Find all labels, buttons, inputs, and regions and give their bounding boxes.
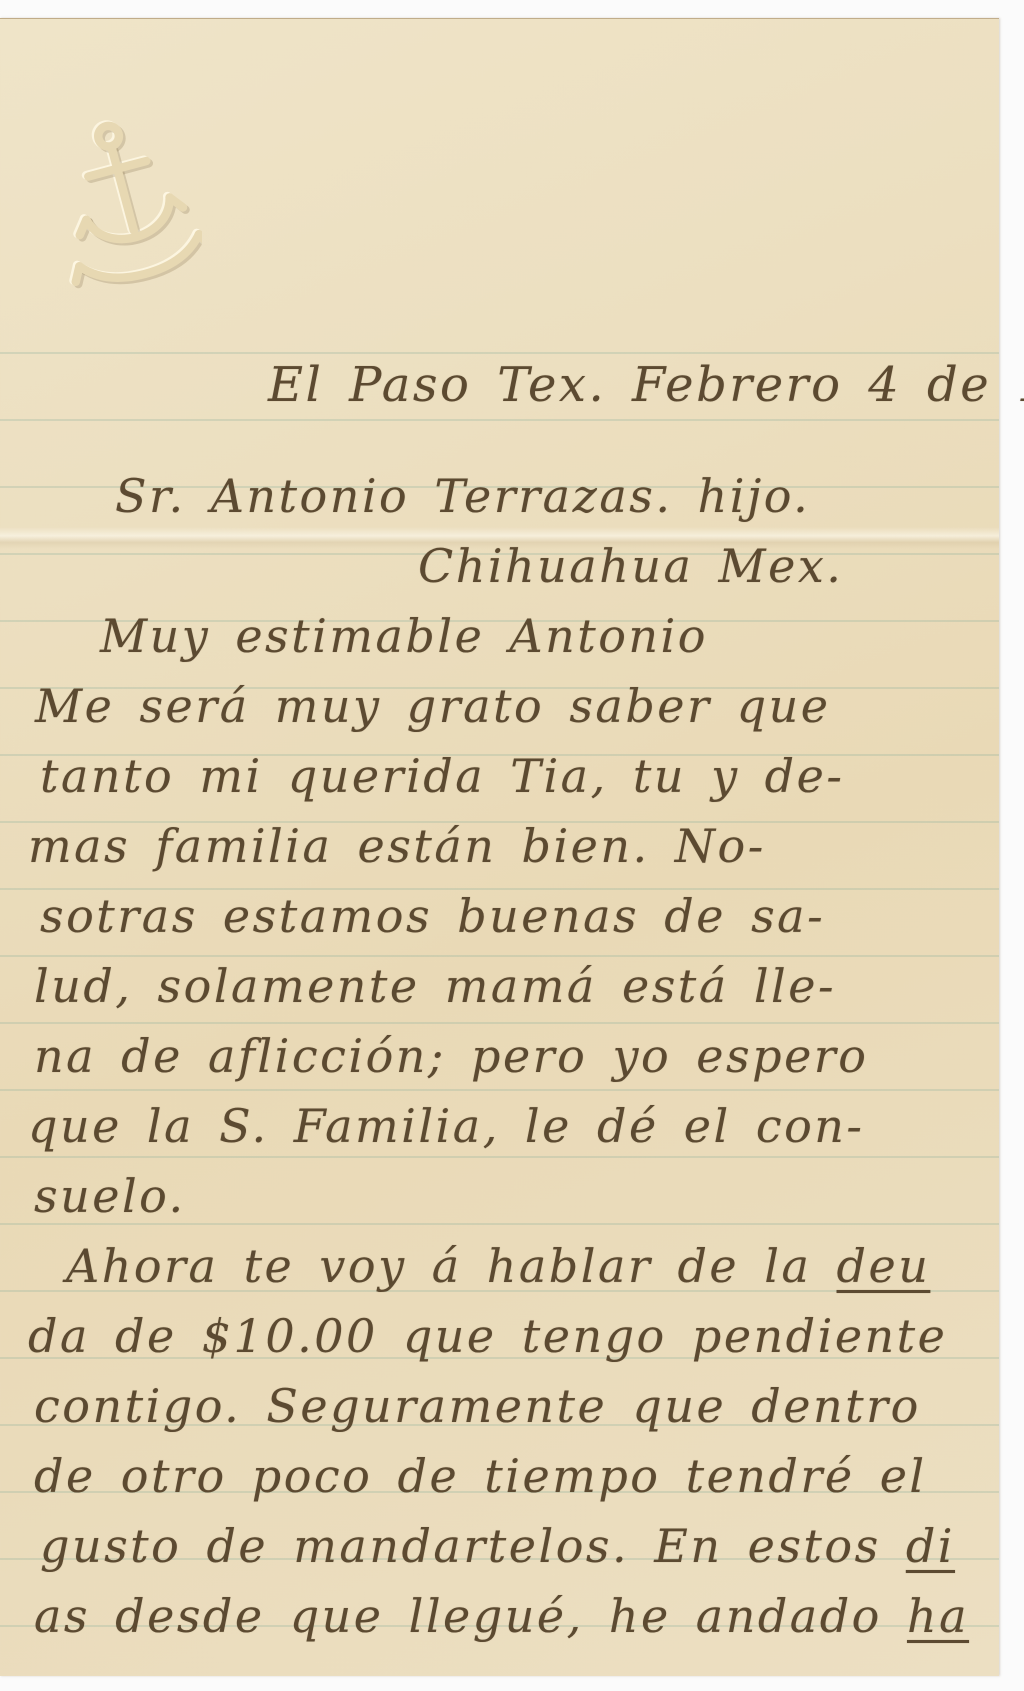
letter-line-text: lud, solamente mamá está lle- bbox=[34, 959, 836, 1013]
letter-line-text: que la S. Familia, le dé el con- bbox=[28, 1099, 864, 1153]
letter-line-text: suelo. bbox=[34, 1169, 186, 1223]
letter-line-text: na de aflicción; pero yo espero bbox=[34, 1029, 868, 1083]
letter-line: tanto mi querida Tia, tu y de- bbox=[0, 749, 999, 819]
letter-line: mas familia están bien. No- bbox=[0, 819, 999, 889]
letter-line: Sr. Antonio Terrazas. hijo. bbox=[0, 469, 999, 539]
letter-line-text: mas familia están bien. No- bbox=[28, 819, 766, 873]
letter-line-text: gusto de mandartelos. En estos bbox=[40, 1519, 906, 1573]
letter-line: as desde que llegué, he andado ha bbox=[0, 1589, 999, 1659]
letter-line: na de aflicción; pero yo espero bbox=[0, 1029, 999, 1099]
scanned-letter-page: El Paso Tex. Febrero 4 de 1901 Sr. Anton… bbox=[0, 0, 1024, 1691]
letter-line: Muy estimable Antonio bbox=[0, 609, 999, 679]
letter-line: suelo. bbox=[0, 1169, 999, 1239]
letter-line: contigo. Seguramente que dentro bbox=[0, 1379, 999, 1449]
letter-line-text: tanto mi querida Tia, tu y de- bbox=[40, 749, 844, 803]
continuation-underline: deu bbox=[837, 1239, 931, 1293]
letter-line-text: de otro poco de tiempo tendré el bbox=[34, 1449, 927, 1503]
date-line: El Paso Tex. Febrero 4 de 1901 bbox=[268, 357, 1024, 413]
continuation-underline: di bbox=[906, 1519, 955, 1573]
letter-line-text: sotras estamos buenas de sa- bbox=[40, 889, 825, 943]
letter-line: Ahora te voy á hablar de la deu bbox=[0, 1239, 999, 1309]
letter-line: sotras estamos buenas de sa- bbox=[0, 889, 999, 959]
letter-line-text: Ahora te voy á hablar de la bbox=[66, 1239, 837, 1293]
letter-body: Sr. Antonio Terrazas. hijo.Chihuahua Mex… bbox=[0, 469, 999, 1659]
letter-line-text: Muy estimable Antonio bbox=[100, 609, 708, 663]
letter-line: gusto de mandartelos. En estos di bbox=[0, 1519, 999, 1589]
letter-line-text: da de $10.00 que tengo pendiente bbox=[28, 1309, 947, 1363]
letter-line: que la S. Familia, le dé el con- bbox=[0, 1099, 999, 1169]
letter-line: Me será muy grato saber que bbox=[0, 679, 999, 749]
continuation-underline: ha bbox=[907, 1589, 969, 1643]
letter-line-text: Chihuahua Mex. bbox=[418, 539, 843, 593]
paper-sheet: El Paso Tex. Febrero 4 de 1901 Sr. Anton… bbox=[0, 18, 999, 1676]
letter-line-text: as desde que llegué, he andado bbox=[34, 1589, 907, 1643]
letter-line-text: Me será muy grato saber que bbox=[35, 679, 830, 733]
letter-line: da de $10.00 que tengo pendiente bbox=[0, 1309, 999, 1379]
anchor-seal-icon bbox=[52, 105, 202, 305]
letter-line: Chihuahua Mex. bbox=[0, 539, 999, 609]
letter-line: lud, solamente mamá está lle- bbox=[0, 959, 999, 1029]
letter-line-text: Sr. Antonio Terrazas. hijo. bbox=[115, 469, 810, 523]
letter-line-text: contigo. Seguramente que dentro bbox=[34, 1379, 921, 1433]
letter-line: de otro poco de tiempo tendré el bbox=[0, 1449, 999, 1519]
